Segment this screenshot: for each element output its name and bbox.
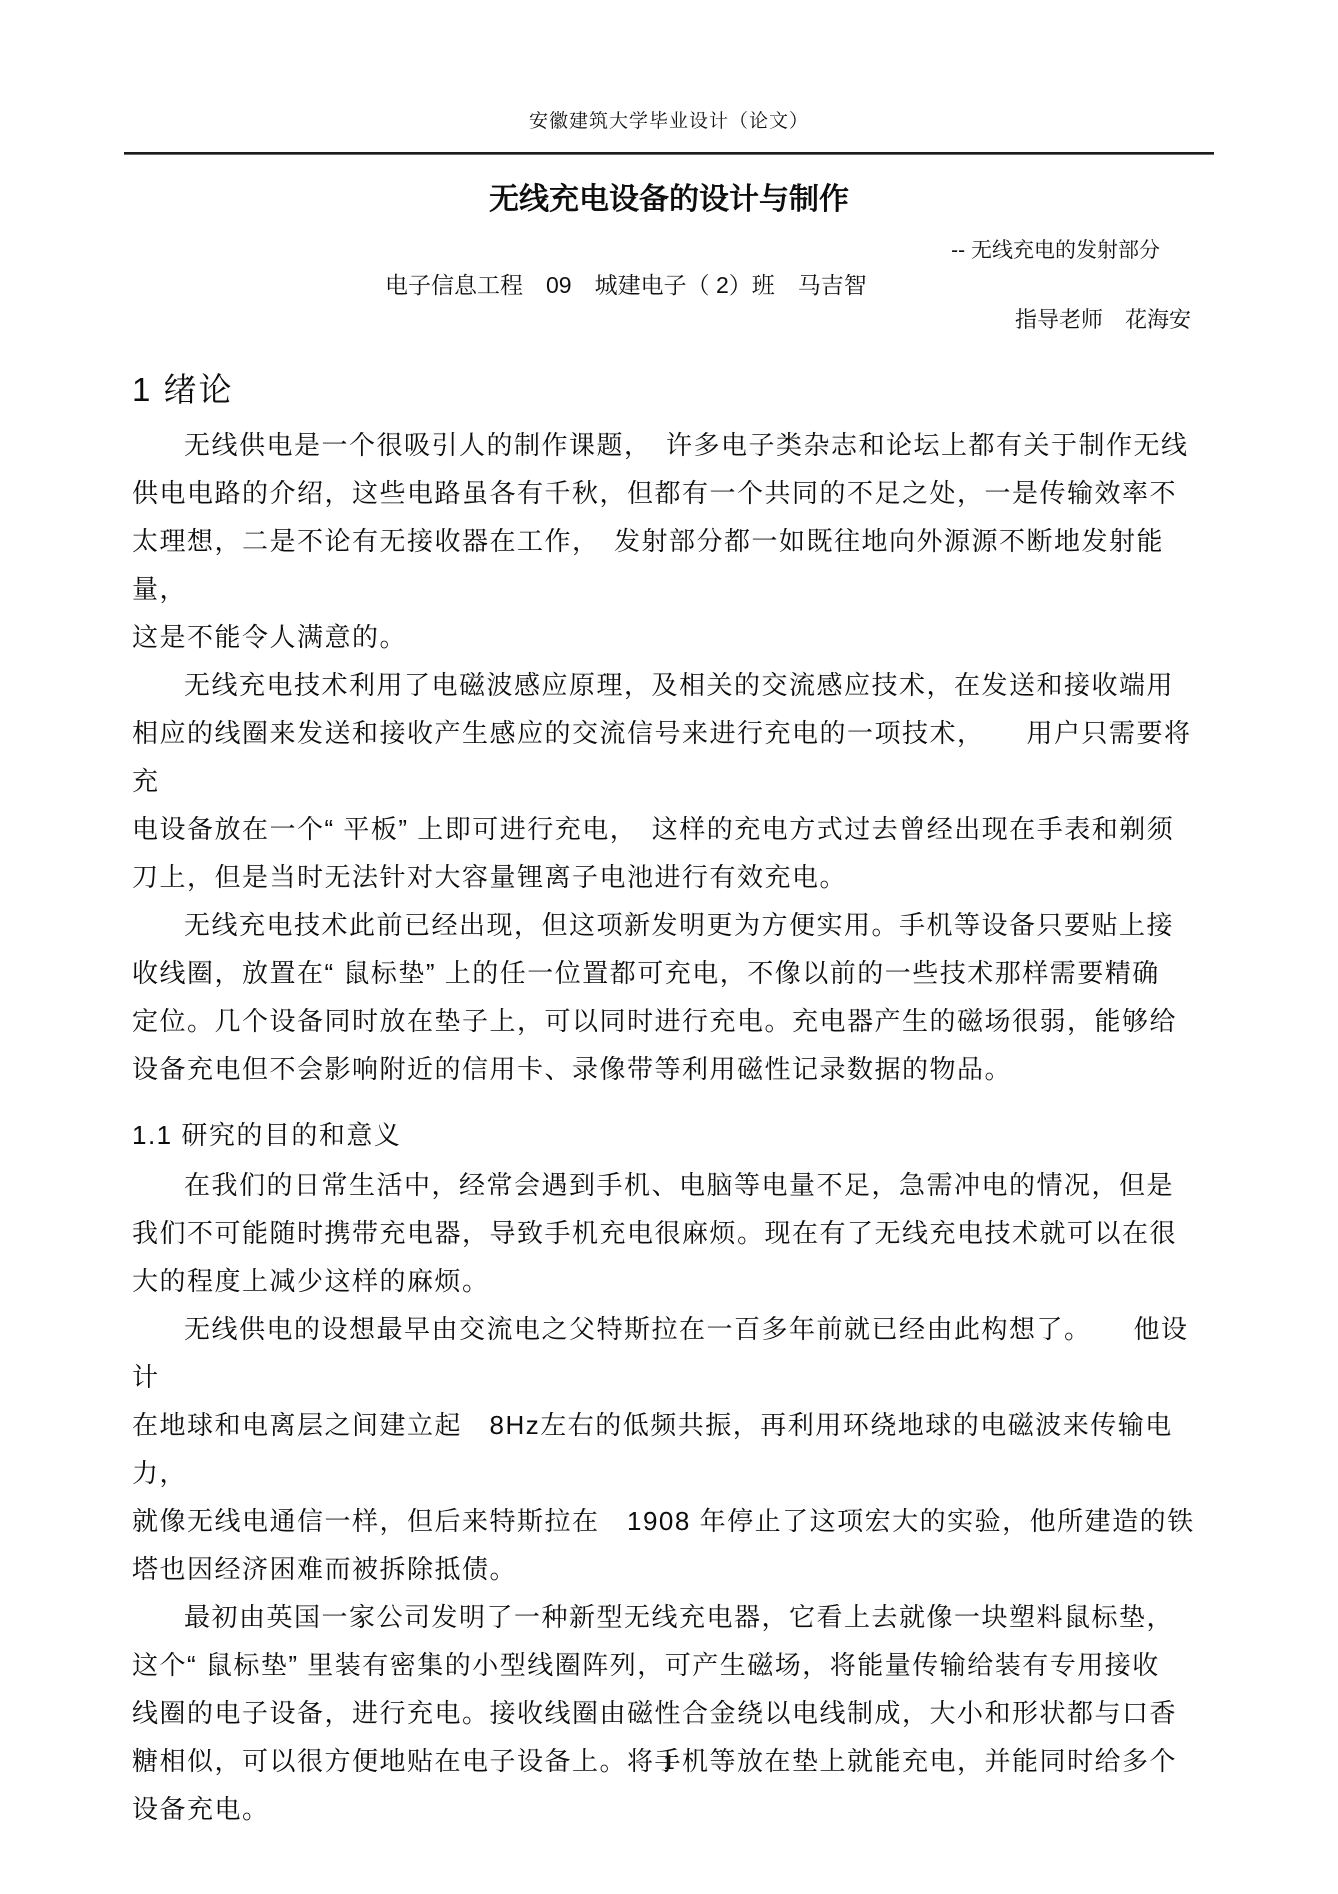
header-divider-rule xyxy=(124,152,1214,155)
body-text: 无线供电是一个很吸引人的制作课题， 许多电子类杂志和论坛上都有关于制作无线 供电… xyxy=(132,421,1212,1833)
page-number: 1 xyxy=(0,1752,1338,1775)
paragraph-2: 无线充电技术利用了电磁波感应原理，及相关的交流感应技术，在发送和接收端用 相应的… xyxy=(132,661,1212,901)
document-page: 安徽建筑大学毕业设计（论文） 无线充电设备的设计与制作 -- 无线充电的发射部分… xyxy=(0,0,1338,1894)
running-header: 安徽建筑大学毕业设计（论文） xyxy=(0,106,1338,133)
subsection-heading-purpose: 1.1 研究的目的和意义 xyxy=(132,1111,1212,1159)
advisor-line: 指导老师 花海安 xyxy=(1015,303,1191,334)
document-title: 无线充电设备的设计与制作 xyxy=(0,174,1338,218)
paragraph-4: 在我们的日常生活中，经常会遇到手机、电脑等电量不足，急需冲电的情况，但是 我们不… xyxy=(132,1161,1212,1305)
paragraph-3: 无线充电技术此前已经出现，但这项新发明更为方便实用。手机等设备只要贴上接 收线圈… xyxy=(132,901,1212,1093)
paragraph-1: 无线供电是一个很吸引人的制作课题， 许多电子类杂志和论坛上都有关于制作无线 供电… xyxy=(132,421,1212,661)
author-line: 电子信息工程 09 城建电子（ 2）班 马吉智 xyxy=(385,267,867,300)
paragraph-6: 最初由英国一家公司发明了一种新型无线充电器，它看上去就像一块塑料鼠标垫， 这个“… xyxy=(132,1593,1212,1833)
document-subtitle: -- 无线充电的发射部分 xyxy=(951,234,1160,264)
section-heading-introduction: 1 绪论 xyxy=(132,364,234,411)
paragraph-5: 无线供电的设想最早由交流电之父特斯拉在一百多年前就已经由此构想了。 他设计 在地… xyxy=(132,1305,1212,1593)
